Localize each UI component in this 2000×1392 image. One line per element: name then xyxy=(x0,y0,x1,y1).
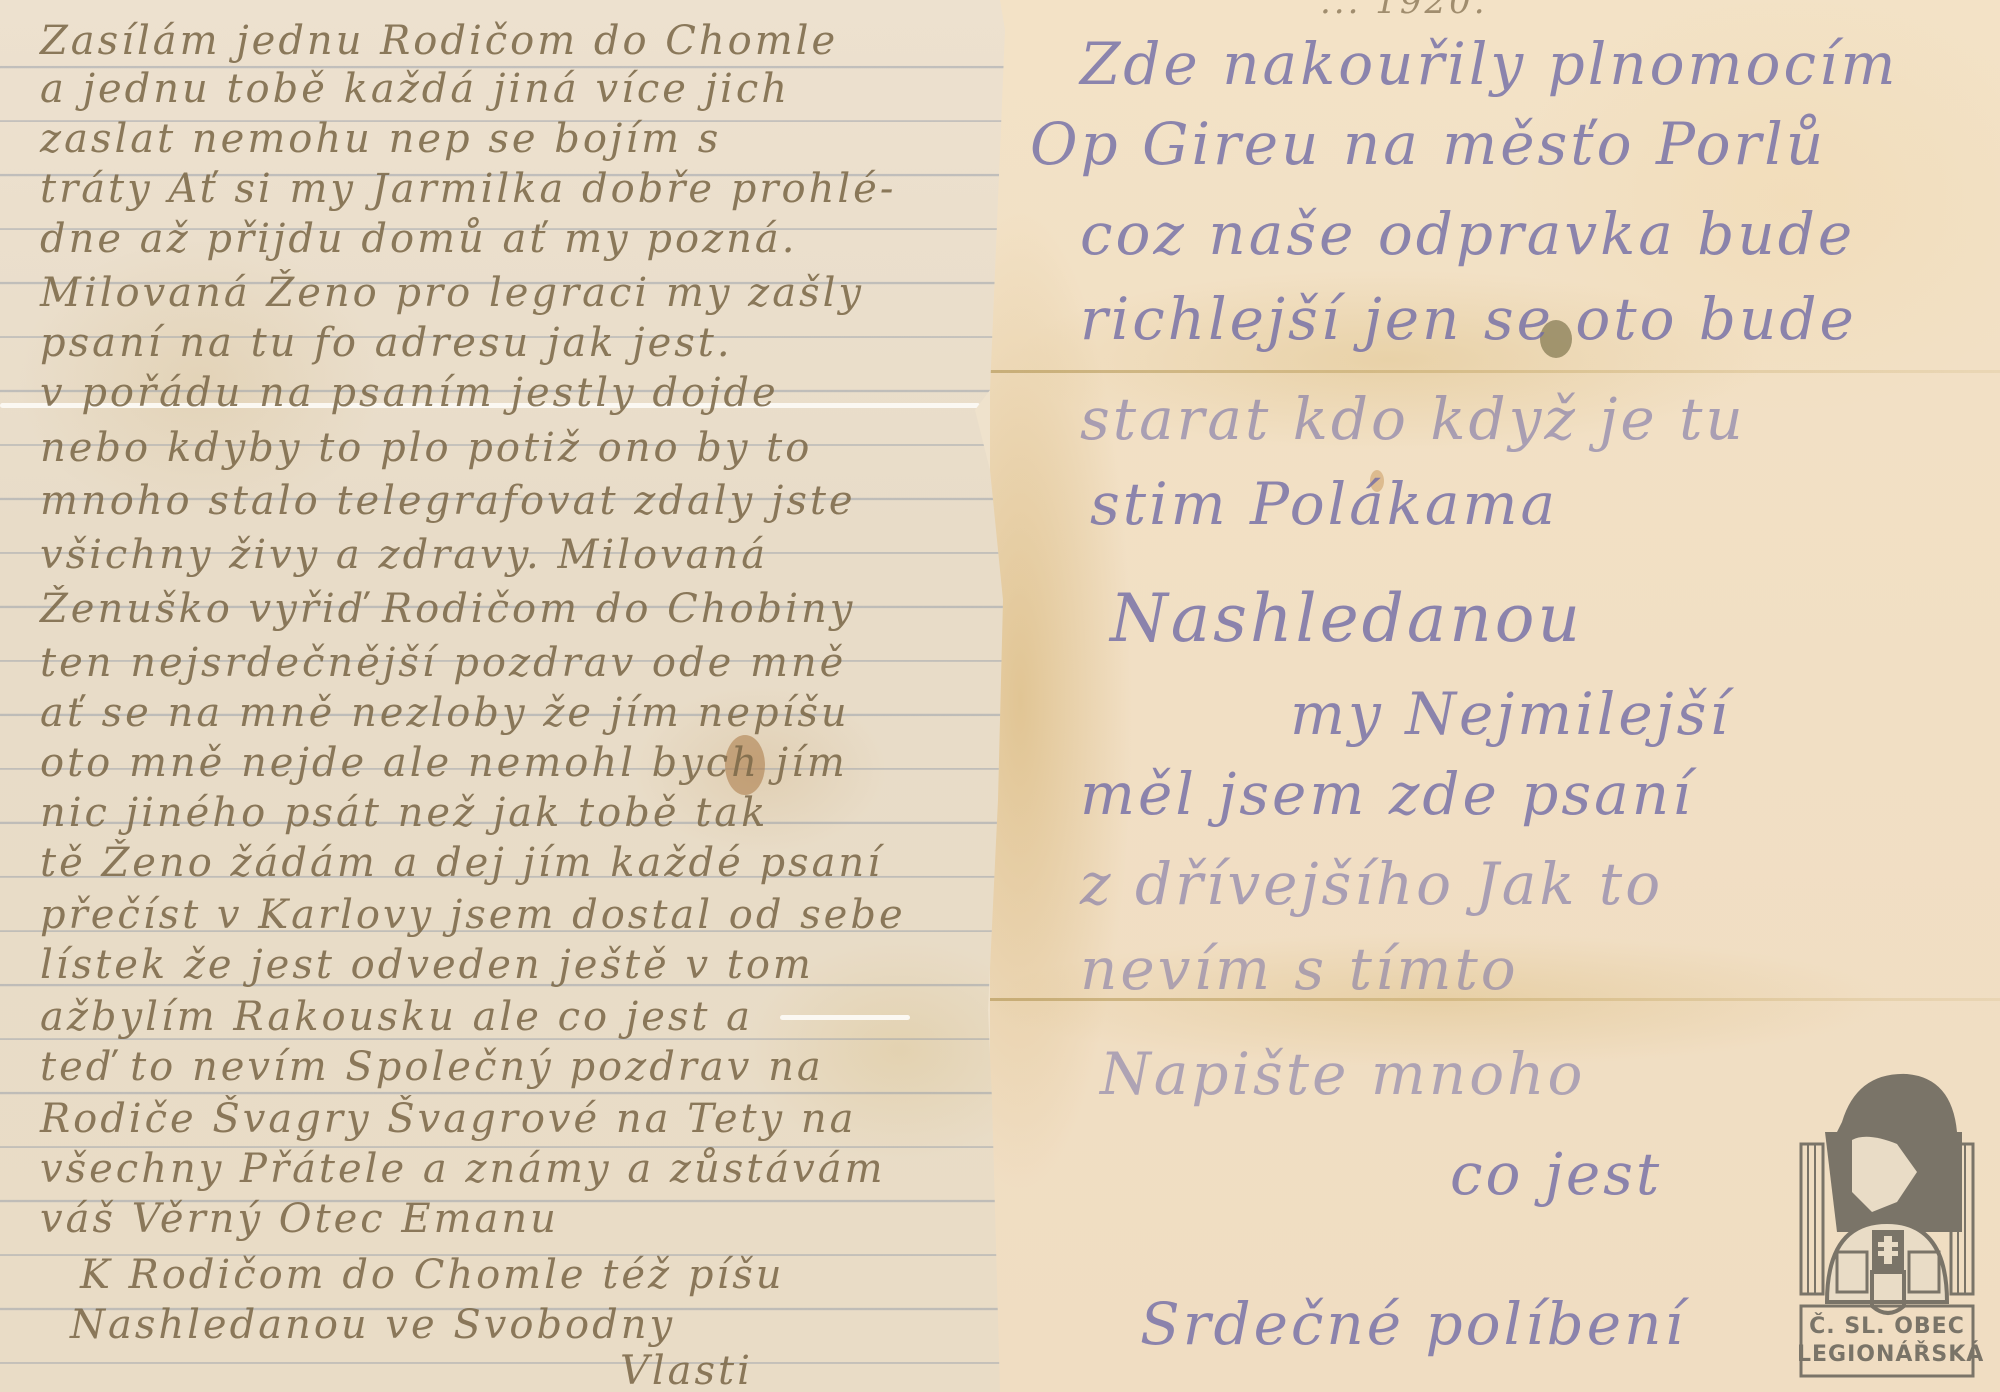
right-line-7: Nashledanou xyxy=(1110,580,1583,657)
legionnaire-community-logo: Č. SL. OBEC LEGIONÁŘSKÁ xyxy=(1797,1062,1977,1382)
right-line-9: měl jsem zde psaní xyxy=(1080,760,1694,828)
fold-tear xyxy=(780,1015,910,1020)
left-line-9: nebo kdyby to plo potiž ono by to xyxy=(40,425,812,471)
left-line-4: tráty Ať si my Jarmilka dobře prohlé- xyxy=(40,166,896,212)
left-line-5: dne až přijdu domů ať my pozná. xyxy=(40,216,797,262)
left-page: Zasílám jednu Rodičom do Chomle a jednu … xyxy=(0,0,1005,1392)
right-line-1: Zde nakouřily plnomocím xyxy=(1080,30,1898,98)
left-line-27: Vlasti xyxy=(620,1348,753,1392)
logo-text-line-1: Č. SL. OBEC xyxy=(1797,1314,1977,1339)
right-line-12: Napište mnoho xyxy=(1100,1040,1585,1108)
letter-scan: ... 1920. Zde nakouřily plnomocím Op Gir… xyxy=(0,0,2000,1392)
right-line-6: stim Polákama xyxy=(1090,470,1558,538)
right-line-13: co jest xyxy=(1450,1140,1662,1208)
left-line-13: ten nejsrdečnější pozdrav ode mně xyxy=(40,640,846,686)
left-line-3: zaslat nemohu nep se bojím s xyxy=(40,116,721,162)
left-line-24: váš Věrný Otec Emanu xyxy=(40,1196,559,1242)
left-line-14: ať se na mně nezloby že jím nepíšu xyxy=(40,690,850,736)
left-line-25: K Rodičom do Chomle též píšu xyxy=(80,1252,785,1298)
left-line-2: a jednu tobě každá jiná více jich xyxy=(40,66,790,112)
right-line-2: Op Gireu na měsťo Porlů xyxy=(1030,110,1826,178)
header-date-fragment: ... 1920. xyxy=(1320,0,1488,22)
left-line-20: ažbylím Rakousku ale co jest a xyxy=(40,994,753,1040)
left-line-26: Nashledanou ve Svobodny xyxy=(70,1302,675,1348)
left-line-10: mnoho stalo telegrafovat zdaly jste xyxy=(40,478,856,524)
left-line-23: všechny Přátele a známy a zůstávám xyxy=(40,1146,886,1192)
left-line-7: psaní na tu fo adresu jak jest. xyxy=(40,320,733,366)
left-line-8: v pořádu na psaním jestly dojde xyxy=(40,370,779,416)
fold-line xyxy=(990,370,2000,373)
right-line-14: Srdečné políbení xyxy=(1140,1290,1686,1358)
left-line-22: Rodiče Švagry Švagrové na Tety na xyxy=(40,1096,856,1142)
right-line-5: starat kdo když je tu xyxy=(1080,385,1746,453)
left-line-19: lístek že jest odveden ještě v tom xyxy=(40,942,814,988)
left-line-16: nic jiného psát než jak tobě tak xyxy=(40,790,768,836)
right-line-11: nevím s tímto xyxy=(1080,935,1519,1003)
left-line-17: tě Ženo žádám a dej jím každé psaní xyxy=(40,840,883,886)
left-line-15: oto mně nejde ale nemohl bych jím xyxy=(40,740,848,786)
logo-text-line-2: LEGIONÁŘSKÁ xyxy=(1797,1342,1977,1367)
left-line-18: přečíst v Karlovy jsem dostal od sebe xyxy=(40,892,906,938)
right-line-8: my Nejmilejší xyxy=(1290,680,1731,748)
left-line-6: Milovaná Ženo pro legraci my zašly xyxy=(40,270,864,316)
left-line-11: všichny živy a zdravy. Milovaná xyxy=(40,532,768,578)
left-line-12: Ženuško vyřiď Rodičom do Chobiny xyxy=(40,586,855,632)
left-line-1: Zasílám jednu Rodičom do Chomle xyxy=(40,18,838,64)
right-line-3: coz naše odpravka bude xyxy=(1080,200,1855,268)
right-line-10: z dřívejšího Jak to xyxy=(1080,850,1663,918)
right-line-4: richlejší jen se oto bude xyxy=(1080,285,1857,353)
left-line-21: teď to nevím Společný pozdrav na xyxy=(40,1044,824,1090)
